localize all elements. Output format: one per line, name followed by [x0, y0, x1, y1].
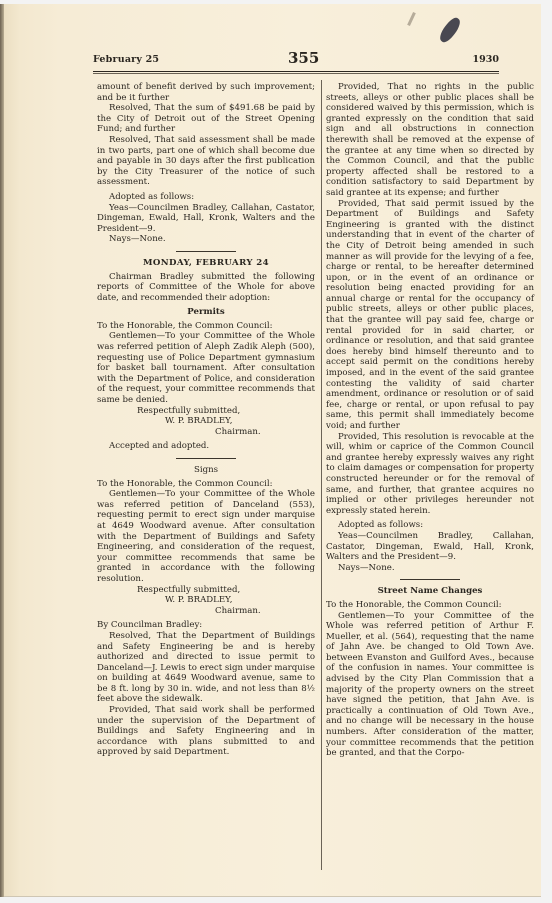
page-binding-edge — [0, 4, 4, 897]
salutation: To the Honorable, the Common Council: — [97, 479, 315, 490]
paragraph: Gentlemen—To your Committee of the Whole… — [97, 489, 315, 584]
signature-closing: Respectfully submitted, — [97, 585, 315, 596]
paragraph: Provided, That said permit issued by the… — [326, 199, 534, 432]
date-heading: MONDAY, FEBRUARY 24 — [97, 258, 315, 269]
paragraph: Provided, This resolution is revocable a… — [326, 432, 534, 517]
paragraph: Yeas—Councilmen Bradley, Callahan, Casta… — [326, 531, 534, 563]
section-heading: Permits — [97, 307, 315, 318]
paragraph: Provided, That no rights in the public s… — [326, 82, 534, 199]
scan-mark — [407, 12, 416, 26]
section-divider — [176, 458, 236, 459]
right-column: Provided, That no rights in the public s… — [326, 82, 534, 759]
signature-name: W. P. BRADLEY, — [97, 595, 315, 606]
paragraph: Yeas—Councilmen Bradley, Callahan, Casta… — [97, 203, 315, 235]
section-heading: Street Name Changes — [326, 586, 534, 597]
page-number: 355 — [288, 49, 319, 67]
paragraph: Resolved, That the sum of $491.68 be pai… — [97, 103, 315, 135]
signature-name: W. P. BRADLEY, — [97, 416, 315, 427]
paragraph: Nays—None. — [97, 234, 315, 245]
body-text: amount of benefit derived by such improv… — [97, 82, 315, 103]
paragraph: Gentlemen—To your Committee of the Whole… — [97, 331, 315, 405]
header-year: 1930 — [473, 54, 499, 65]
paragraph: Adopted as follows: — [97, 192, 315, 203]
section-divider — [176, 251, 236, 252]
left-column: amount of benefit derived by such improv… — [97, 82, 315, 758]
column-divider — [321, 80, 322, 870]
paragraph: Adopted as follows: — [326, 520, 534, 531]
paragraph: Provided, That said work shall be perfor… — [97, 705, 315, 758]
header-date: February 25 — [93, 54, 159, 65]
paragraph: Resolved, That the Department of Buildin… — [97, 631, 315, 705]
document-page: February 25 355 1930 amount of benefit d… — [0, 4, 541, 897]
paragraph: Accepted and adopted. — [97, 441, 315, 452]
ink-smudge — [437, 15, 464, 44]
salutation: To the Honorable, the Common Council: — [97, 321, 315, 332]
paragraph: Resolved, That said assessment shall be … — [97, 135, 315, 188]
section-divider — [400, 579, 460, 580]
header-rule — [93, 71, 499, 74]
salutation: To the Honorable, the Common Council: — [326, 600, 534, 611]
signature-closing: Respectfully submitted, — [97, 406, 315, 417]
body-text: By Councilman Bradley: — [97, 620, 315, 631]
signature-title: Chairman. — [97, 606, 315, 617]
paragraph: Nays—None. — [326, 563, 534, 574]
page-header: February 25 355 1930 — [93, 51, 499, 73]
section-heading: Signs — [97, 465, 315, 476]
signature-title: Chairman. — [97, 427, 315, 438]
paragraph: Gentlemen—To your Committee of the Whole… — [326, 611, 534, 759]
paragraph: Chairman Bradley submitted the following… — [97, 272, 315, 304]
